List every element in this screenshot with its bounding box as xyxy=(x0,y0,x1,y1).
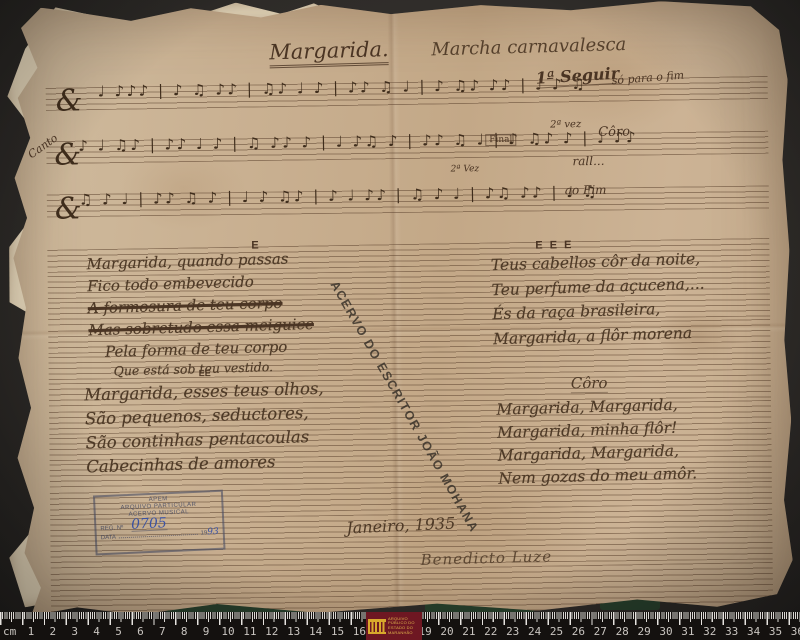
ruler-number: 33 xyxy=(725,625,738,638)
ruler-number: 23 xyxy=(506,625,519,638)
ruler-number: 36 xyxy=(791,625,800,638)
photo-backdrop: Margarida. Marcha carnavalesca Canto & &… xyxy=(0,0,800,640)
ruler-number: 35 xyxy=(769,625,782,638)
registry-stamp-box: APEM ARQUIVO PARTICULAR ACERVO MUSICAL R… xyxy=(93,490,226,556)
ruler-number: 26 xyxy=(572,625,585,638)
treble-clef-icon: & xyxy=(56,83,83,118)
treble-clef-icon: & xyxy=(55,191,82,226)
ruler-number: 11 xyxy=(243,625,256,638)
lyrics-left-stanza-1: Margarida, quando passasFico todo embeve… xyxy=(86,247,315,381)
ruler-number: 32 xyxy=(703,625,716,638)
ruler-number: 34 xyxy=(747,625,760,638)
annotation-rall: rall... xyxy=(572,154,604,168)
building-icon xyxy=(368,619,386,634)
ruler-number: 22 xyxy=(484,625,497,638)
ruler-number: 25 xyxy=(550,625,563,638)
ruler-number: 2 xyxy=(49,625,56,638)
composer-signature: Benedicto Luze xyxy=(420,547,552,569)
treble-clef-icon: & xyxy=(54,137,81,172)
ruler-number: 20 xyxy=(440,625,453,638)
lyrics-coro: Margarida, Margarida,Margarida, minha fl… xyxy=(496,393,697,491)
ruler-unit-label: cm xyxy=(3,625,16,638)
stamp-year-value: 93 xyxy=(207,528,219,537)
archive-logo-line: MARANHÃO xyxy=(388,631,415,636)
staff-lines-layer xyxy=(11,0,787,8)
section-mark: E E E xyxy=(535,239,573,251)
lyrics-right-stanza: Teus cabellos côr da noite,Teu perfume d… xyxy=(490,247,706,352)
stamp-reg-label: REG. Nº xyxy=(100,524,123,533)
annotation-coro: Côro xyxy=(598,125,630,140)
ruler-number: 16 xyxy=(353,625,366,638)
ruler: cm 1234567891011121314151617181920212223… xyxy=(0,612,800,640)
ruler-number: 14 xyxy=(309,625,322,638)
ruler-number: 24 xyxy=(528,625,541,638)
stamp-data-label: DATA xyxy=(101,534,116,543)
song-subtitle: Marcha carnavalesca xyxy=(431,34,627,60)
annotation-final: Final xyxy=(485,134,516,146)
ruler-number: 1 xyxy=(28,625,35,638)
annotation-2a-vez: 2ª vez xyxy=(550,119,581,130)
ruler-number: 27 xyxy=(594,625,607,638)
song-title: Margarida. xyxy=(269,37,389,68)
coro-heading: Côro xyxy=(571,374,608,393)
ruler-number: 5 xyxy=(115,625,122,638)
manuscript-paper: Margarida. Marcha carnavalesca Canto & &… xyxy=(11,0,793,616)
archive-logo-text: ARQUIVOPÚBLICO DOESTADO DOMARANHÃO xyxy=(388,617,415,635)
ruler-number: 7 xyxy=(159,625,166,638)
ruler-number: 10 xyxy=(221,625,234,638)
stamp-reg-number: 0705 xyxy=(131,517,167,532)
archive-logo-plaque: ARQUIVOPÚBLICO DOESTADO DOMARANHÃO xyxy=(366,612,422,640)
ruler-number: 4 xyxy=(93,625,100,638)
stamp-data-line xyxy=(119,534,198,539)
ruler-number: 28 xyxy=(616,625,629,638)
lyrics-left-stanza-2: Margarida, esses teus olhos,São pequenos… xyxy=(84,377,326,480)
ruler-number: 3 xyxy=(71,625,78,638)
annotation-2a-vez: 2ª Vez xyxy=(450,164,479,174)
ruler-number: 9 xyxy=(203,625,210,638)
ruler-number: 29 xyxy=(637,625,650,638)
ruler-number: 8 xyxy=(181,625,188,638)
ruler-number: 13 xyxy=(287,625,300,638)
ruler-number: 15 xyxy=(331,625,344,638)
ruler-number: 21 xyxy=(462,625,475,638)
ruler-number: 30 xyxy=(659,625,672,638)
ruler-number: 12 xyxy=(265,625,278,638)
ruler-number: 31 xyxy=(681,625,694,638)
annotation-ao-fim: ao Fim xyxy=(565,183,607,197)
ruler-number: 6 xyxy=(137,625,144,638)
